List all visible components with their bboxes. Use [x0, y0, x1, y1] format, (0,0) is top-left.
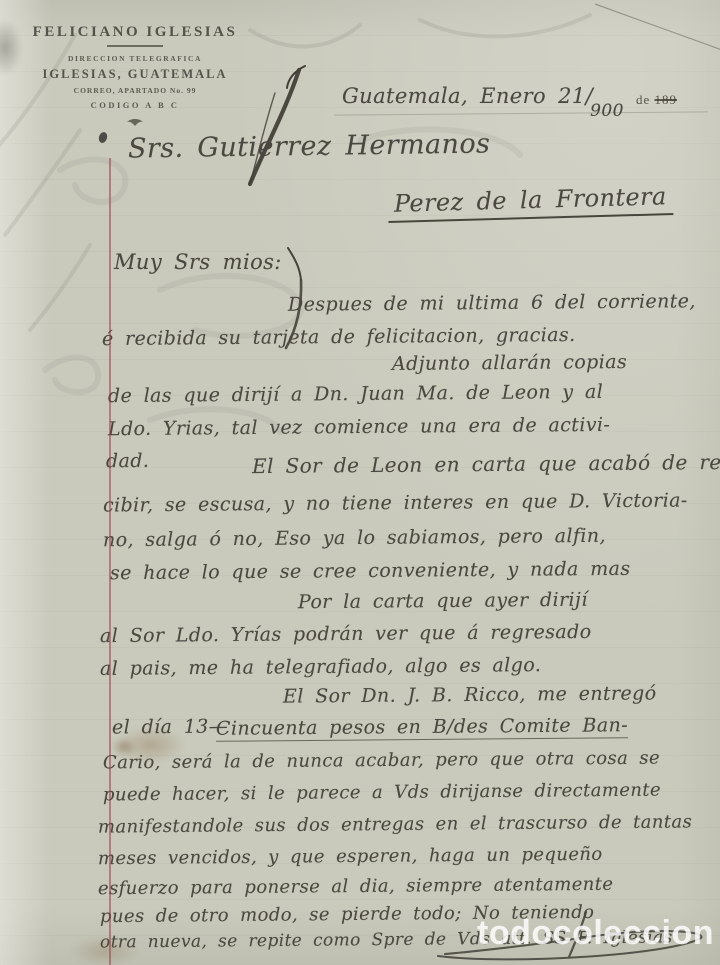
paper-smudge: [0, 20, 22, 75]
letter-scan: FELICIANO IGLESIAS DIRECCION TELEGRAFICA…: [0, 0, 720, 965]
letter-line: al Sor Ldo. Yrías podrán ver que á regre…: [100, 621, 592, 647]
letter-line: El Sor de Leon en carta que acabó de re-: [252, 450, 720, 478]
dateline-year: 900: [590, 101, 624, 121]
letter-line: esfuerzo para ponerse al dia, siempre at…: [98, 874, 614, 899]
letter-line: al pais, me ha telegrafiado, algo es alg…: [100, 654, 541, 680]
letterhead: FELICIANO IGLESIAS DIRECCION TELEGRAFICA…: [26, 24, 244, 132]
letter-line: Despues de mi ultima 6 del corriente,: [288, 290, 696, 316]
letter-line: meses vencidos, y que esperen, haga un p…: [98, 844, 603, 869]
letter-line: El Sor Dn. J. B. Ricco, me entregó: [283, 682, 657, 707]
letter-line: Cario, será la de nunca acabar, pero que…: [103, 748, 660, 774]
dateline-place: Guatemala, Enero 21/: [342, 84, 593, 108]
letter-line: dad.: [106, 450, 149, 472]
printed-date-fragment: de 189: [636, 92, 677, 108]
recipient-location: Perez de la Frontera: [388, 182, 674, 223]
letterhead-mail-line: CORREO, APARTADO No. 99: [26, 86, 244, 95]
paper-stain: [70, 935, 140, 965]
watermark-text: todocoleccion: [477, 914, 714, 953]
handwritten-dateline: Guatemala, Enero 21/900: [342, 84, 627, 108]
letterhead-telegraph-label: DIRECCION TELEGRAFICA: [26, 54, 244, 63]
salutation: Muy Srs mios:: [114, 250, 282, 274]
printed-de: de: [636, 92, 650, 107]
paper-stain: [112, 738, 136, 756]
letter-line: Adjunto allarán copias: [392, 351, 627, 375]
letter-line: Ldo. Yrias, tal vez comience una era de …: [108, 414, 610, 440]
fleuron-icon: [26, 114, 244, 132]
letter-line: cibir, se escusa, y no tiene interes en …: [103, 489, 688, 516]
letter-line: manifestandole sus dos entregas en el tr…: [98, 811, 692, 837]
printed-year-struck: 189: [655, 92, 678, 107]
letterhead-code-line: CODIGO A B C: [26, 100, 244, 110]
margin-line: [109, 158, 111, 965]
printed-date-rule: [334, 111, 708, 115]
letter-line: puede hacer, si le parece a Vds dirijans…: [103, 780, 661, 806]
letter-line: se hace lo que se cree conveniente, y na…: [110, 558, 631, 585]
letter-line: no, salga ó no, Eso ya lo sabiamos, pero…: [103, 525, 606, 551]
ink-blot: [97, 131, 108, 144]
letterhead-name: FELICIANO IGLESIAS: [26, 24, 244, 41]
letter-line: é recibida su tarjeta de felicitacion, g…: [102, 324, 576, 350]
letterhead-divider: [107, 45, 163, 47]
letter-line: de las que dirijí a Dn. Juan Ma. de Leon…: [108, 381, 603, 407]
letter-line: Por la carta que ayer dirijí: [298, 589, 588, 614]
letter-line-underlined: Cincuenta pesos en B/des Comite Ban-: [216, 714, 628, 742]
letterhead-telegraph-address: IGLESIAS, GUATEMALA: [26, 67, 244, 82]
recipient-name: Srs. Gutierrez Hermanos: [128, 128, 491, 164]
